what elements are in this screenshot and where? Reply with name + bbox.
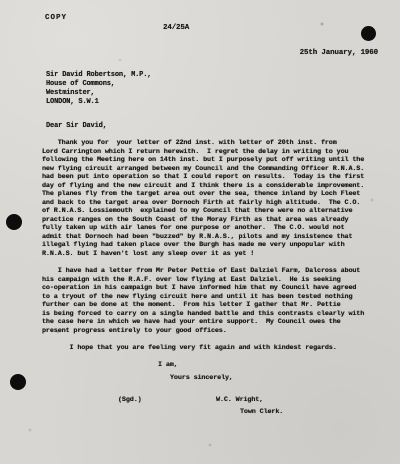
text-line: Westminster, — [46, 89, 151, 98]
text-line: Thank you for your letter of 22nd inst. … — [42, 139, 364, 148]
signatory-name: W.C. Wright, — [216, 396, 263, 405]
text-line: present progress entirely to your good o… — [42, 327, 364, 336]
reference-number: 24/25A — [163, 24, 189, 33]
text-line: Sir David Robertson, M.P., — [46, 71, 151, 80]
salutation: Dear Sir David, — [46, 122, 107, 131]
valediction: Yours sincerely, — [170, 374, 233, 383]
letter-paragraph-1: Thank you for your letter of 22nd inst. … — [42, 139, 364, 258]
text-line: to a tryout of the new flying circuit he… — [42, 293, 364, 302]
letter-date: 25th January, 1960 — [300, 49, 378, 58]
text-line: illegal flying had taken place over the … — [42, 241, 364, 250]
text-line: his campaign with the R.A.F. over low fl… — [42, 276, 364, 285]
text-line: day of flying and the new circuit and I … — [42, 182, 364, 191]
signed-abbreviation: (Sgd.) — [118, 396, 142, 405]
closing-line: I hope that you are feeling very fit aga… — [42, 344, 337, 353]
text-line: the case here in which we have had your … — [42, 318, 364, 327]
copy-stamp: COPY — [45, 14, 67, 23]
text-line: is being forced to carry on a single han… — [42, 310, 364, 319]
text-line: following the Meeting here on 14th inst.… — [42, 156, 364, 165]
recipient-address: Sir David Robertson, M.P.,House of Commo… — [46, 71, 151, 107]
text-line: of R.N.A.S. Lossiemouth explained to my … — [42, 207, 364, 216]
punch-hole-left-bottom — [10, 374, 26, 390]
punch-hole-left-middle — [6, 214, 22, 230]
i-am-line: I am, — [158, 361, 178, 370]
text-line: R.N.A.S. but I haven't lost any sleep ov… — [42, 250, 364, 259]
text-line: and back to the target area over Dornoch… — [42, 199, 364, 208]
text-line: The planes fly from the target area out … — [42, 190, 364, 199]
text-line: House of Commons, — [46, 80, 151, 89]
text-line: admit that Dornoch had been "buzzed" by … — [42, 233, 364, 242]
text-line: new flying circuit arranged between my C… — [42, 165, 364, 174]
scanned-letter-page: COPY 24/25A 25th January, 1960 Sir David… — [0, 0, 400, 464]
text-line: LONDON, S.W.1 — [46, 98, 151, 107]
letter-paragraph-2: I have had a letter from Mr Peter Pettie… — [42, 267, 364, 335]
text-line: practice ranges on the South Coast of th… — [42, 216, 364, 225]
signatory-title: Town Clerk. — [240, 408, 283, 417]
text-line: had been put into operation so that I co… — [42, 173, 364, 182]
text-line: fully taken up with air lanes for one pu… — [42, 224, 364, 233]
text-line: Lord Carrington which I return herewith.… — [42, 148, 364, 157]
text-line: further can be done at the moment. From … — [42, 301, 364, 310]
text-line: co-operation in his campaign but I have … — [42, 284, 364, 293]
text-line: I have had a letter from Mr Peter Pettie… — [42, 267, 364, 276]
punch-hole-right — [361, 26, 376, 41]
